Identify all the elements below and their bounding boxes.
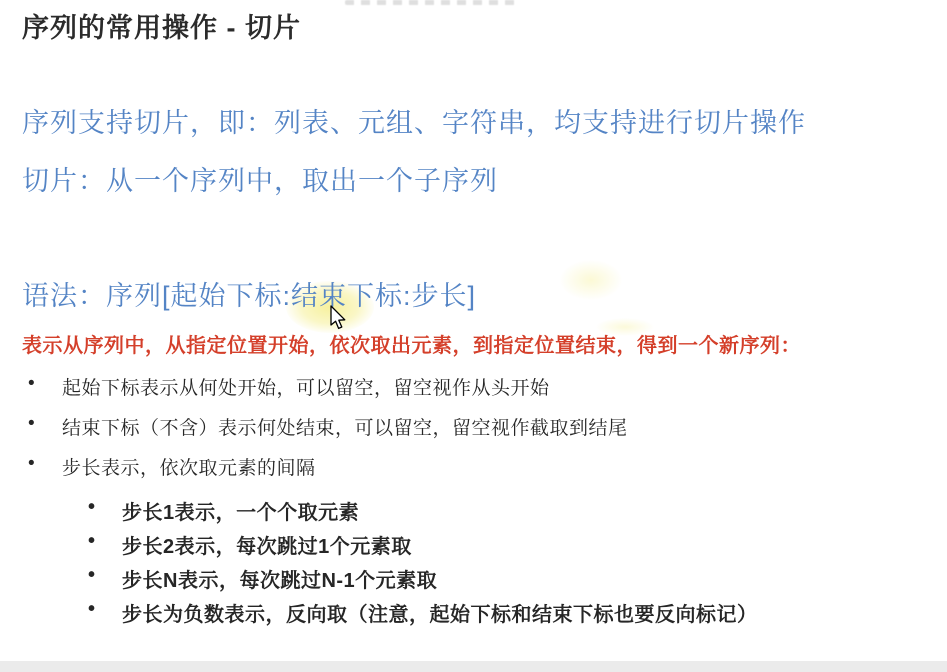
intro-line-1: 序列支持切片，即：列表、元组、字符串，均支持进行切片操作	[22, 101, 806, 140]
bullet-text: 结束下标（不含）表示何处结束，可以留空，留空视作截取到结尾	[62, 413, 628, 440]
bullet-marker: •	[28, 413, 35, 435]
bullet-marker: •	[88, 496, 95, 519]
sub-bullet-text: 步长为负数表示，反向取（注意，起始下标和结束下标也要反向标记）	[122, 598, 758, 627]
sub-bullet-text: 步长2表示，每次跳过1个元素取	[122, 530, 412, 559]
bullet-text: 步长表示，依次取元素的间隔	[62, 453, 316, 480]
slide-canvas: 序列的常用操作 - 切片 序列支持切片，即：列表、元组、字符串，均支持进行切片操…	[0, 0, 947, 672]
mouse-cursor-icon	[329, 305, 348, 331]
sub-bullet-text: 步长1表示，一个个取元素	[122, 496, 359, 525]
page-title: 序列的常用操作 - 切片	[22, 6, 301, 45]
watermark-remnant	[345, 0, 515, 5]
intro-line-2: 切片：从一个序列中，取出一个子序列	[22, 159, 498, 198]
highlighter-mark	[560, 260, 622, 300]
bottom-edge-bar	[0, 661, 947, 672]
bullet-marker: •	[28, 453, 35, 475]
description-line: 表示从序列中，从指定位置开始，依次取出元素，到指定位置结束，得到一个新序列：	[22, 329, 801, 358]
bullet-text: 起始下标表示从何处开始，可以留空，留空视作从头开始	[62, 373, 550, 400]
bullet-marker: •	[88, 530, 95, 553]
bullet-marker: •	[88, 564, 95, 587]
bullet-marker: •	[88, 598, 95, 621]
syntax-line: 语法：序列[起始下标:结束下标:步长]	[22, 274, 476, 313]
bullet-marker: •	[28, 373, 35, 395]
sub-bullet-text: 步长N表示，每次跳过N-1个元素取	[122, 564, 437, 593]
